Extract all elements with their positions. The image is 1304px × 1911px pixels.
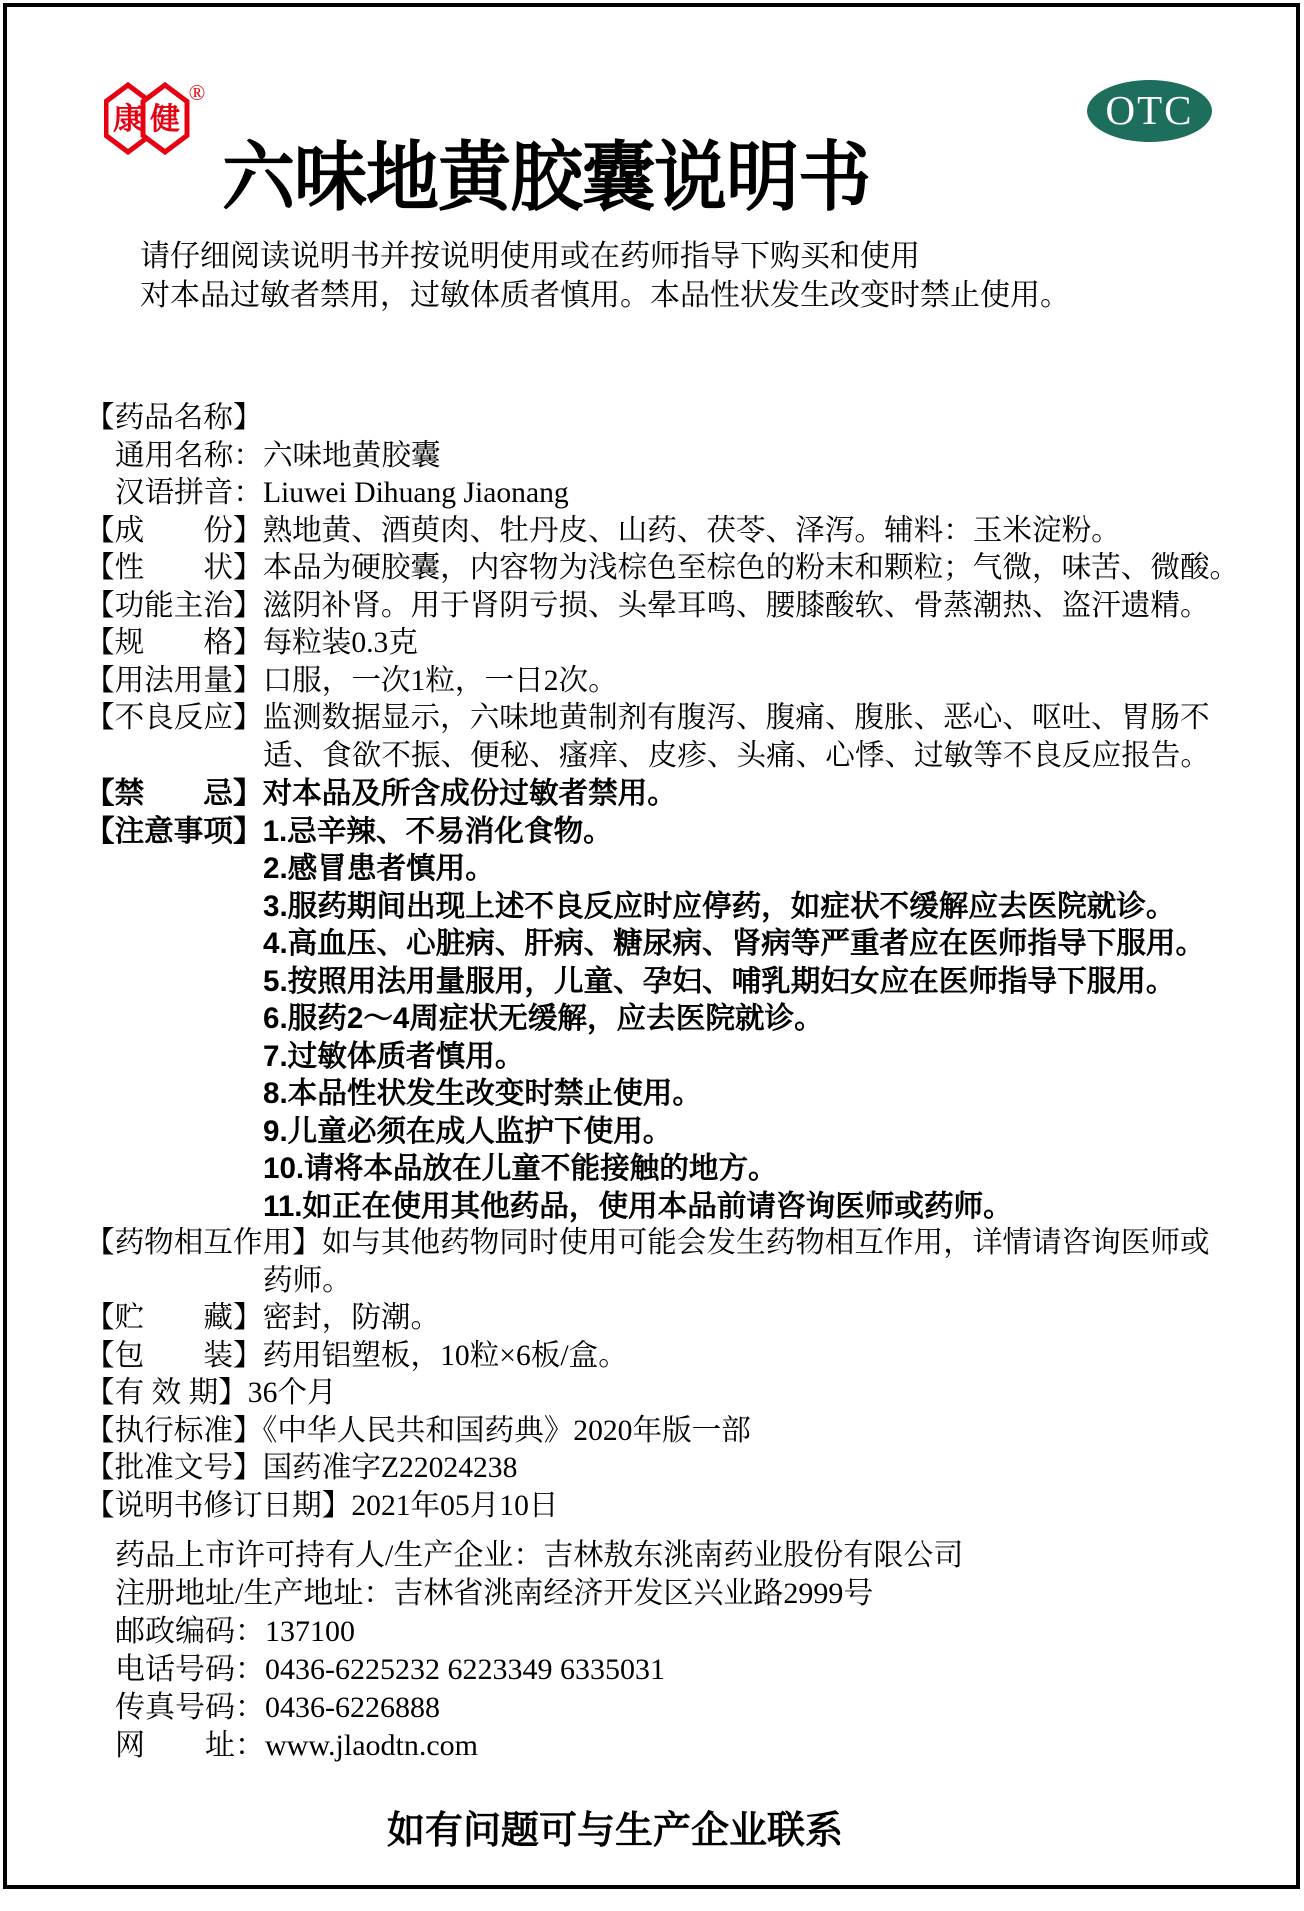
row-indications: 【功能主治】滋阴补肾。用于肾阴亏损、头晕耳鸣、腰膝酸软、骨蒸潮热、盗汗遗精。 [85, 588, 1245, 626]
row-strength: 【规 格】每粒装0.3克 [85, 625, 1245, 663]
company-phone: 电话号码：0436-6225232 6223349 6335031 [115, 1651, 963, 1689]
row-shelf-life: 【有 效 期】36个月 [85, 1375, 1245, 1413]
row-precautions-item-8: 8.本品性状发生改变时禁止使用。 [85, 1075, 1245, 1113]
row-adverse-reactions: 【不良反应】监测数据显示，六味地黄制剂有腹泻、腹痛、腹胀、恶心、呕吐、胃肠不 [85, 700, 1245, 738]
row-contraindications: 【禁 忌】对本品及所含成份过敏者禁用。 [85, 775, 1245, 813]
row-pinyin-name: 汉语拼音：Liuwei Dihuang Jiaonang [85, 475, 1245, 513]
row-precautions-item-5: 5.按照用法用量服用，儿童、孕妇、哺乳期妇女应在医师指导下服用。 [85, 963, 1245, 1001]
company-postcode: 邮政编码：137100 [115, 1613, 963, 1651]
intro-line-2: 对本品过敏者禁用，过敏体质者慎用。本品性状发生改变时禁止使用。 [140, 276, 1070, 315]
row-description: 【性 状】本品为硬胶囊，内容物为浅棕色至棕色的粉末和颗粒；气微，味苦、微酸。 [85, 550, 1245, 588]
company-website: 网 址：www.jlaodtn.com [115, 1727, 963, 1765]
logo-char-kang: 康 [113, 102, 143, 136]
row-precautions-item-7: 7.过敏体质者慎用。 [85, 1038, 1245, 1076]
insert-body: 【药品名称】 通用名称：六味地黄胶囊 汉语拼音：Liuwei Dihuang J… [85, 400, 1245, 1525]
registered-trademark-icon: ® [189, 82, 206, 105]
row-storage: 【贮 藏】密封，防潮。 [85, 1300, 1245, 1338]
kangjian-brand-logo: 康 健 ® [104, 82, 206, 158]
row-precautions-item-10: 10.请将本品放在儿童不能接触的地方。 [85, 1150, 1245, 1188]
row-adverse-reactions-cont: 适、食欲不振、便秘、瘙痒、皮疹、头痛、心悸、过敏等不良反应报告。 [85, 738, 1245, 776]
row-precautions-item-11: 11.如正在使用其他药品，使用本品前请咨询医师或药师。 [85, 1188, 1245, 1226]
footer-contact-note: 如有问题可与生产企业联系 [0, 1799, 1230, 1854]
row-precautions-item-1: 【注意事项】1.忌辛辣、不易消化食物。 [85, 813, 1245, 851]
company-license-holder: 药品上市许可持有人/生产企业：吉林敖东洮南药业股份有限公司 [115, 1537, 963, 1575]
row-generic-name: 通用名称：六味地黄胶囊 [85, 438, 1245, 476]
row-drug-name-heading: 【药品名称】 [85, 400, 1245, 438]
row-revision-date: 【说明书修订日期】2021年05月10日 [85, 1488, 1245, 1526]
row-packaging: 【包 装】药用铝塑板，10粒×6板/盒。 [85, 1338, 1245, 1376]
logo-char-jian: 健 [150, 103, 180, 136]
intro-warning: 请仔细阅读说明书并按说明使用或在药师指导下购买和使用 对本品过敏者禁用，过敏体质… [140, 237, 1070, 315]
row-drug-interactions-cont: 药师。 [85, 1263, 1245, 1301]
row-ingredients: 【成 份】熟地黄、酒萸肉、牡丹皮、山药、茯苓、泽泻。辅料：玉米淀粉。 [85, 513, 1245, 551]
intro-line-1: 请仔细阅读说明书并按说明使用或在药师指导下购买和使用 [140, 237, 1070, 276]
row-precautions-item-4: 4.高血压、心脏病、肝病、糖尿病、肾病等严重者应在医师指导下服用。 [85, 925, 1245, 963]
row-precautions-item-9: 9.儿童必须在成人监护下使用。 [85, 1113, 1245, 1151]
page-title: 六味地黄胶囊说明书 [222, 116, 870, 225]
company-fax: 传真号码：0436-6226888 [115, 1689, 963, 1727]
row-dosage: 【用法用量】口服，一次1粒，一日2次。 [85, 663, 1245, 701]
row-standard: 【执行标准】《中华人民共和国药典》2020年版一部 [85, 1413, 1245, 1451]
row-approval-number: 【批准文号】国药准字Z22024238 [85, 1450, 1245, 1488]
otc-badge: OTC [1087, 80, 1212, 142]
row-drug-interactions: 【药物相互作用】如与其他药物同时使用可能会发生药物相互作用，详情请咨询医师或 [85, 1225, 1245, 1263]
manufacturer-block: 药品上市许可持有人/生产企业：吉林敖东洮南药业股份有限公司 注册地址/生产地址：… [115, 1537, 963, 1765]
row-precautions-item-3: 3.服药期间出现上述不良反应时应停药，如症状不缓解应去医院就诊。 [85, 888, 1245, 926]
row-precautions-item-2: 2.感冒患者慎用。 [85, 850, 1245, 888]
company-address: 注册地址/生产地址：吉林省洮南经济开发区兴业路2999号 [115, 1575, 963, 1613]
row-precautions-item-6: 6.服药2～4周症状无缓解，应去医院就诊。 [85, 1000, 1245, 1038]
